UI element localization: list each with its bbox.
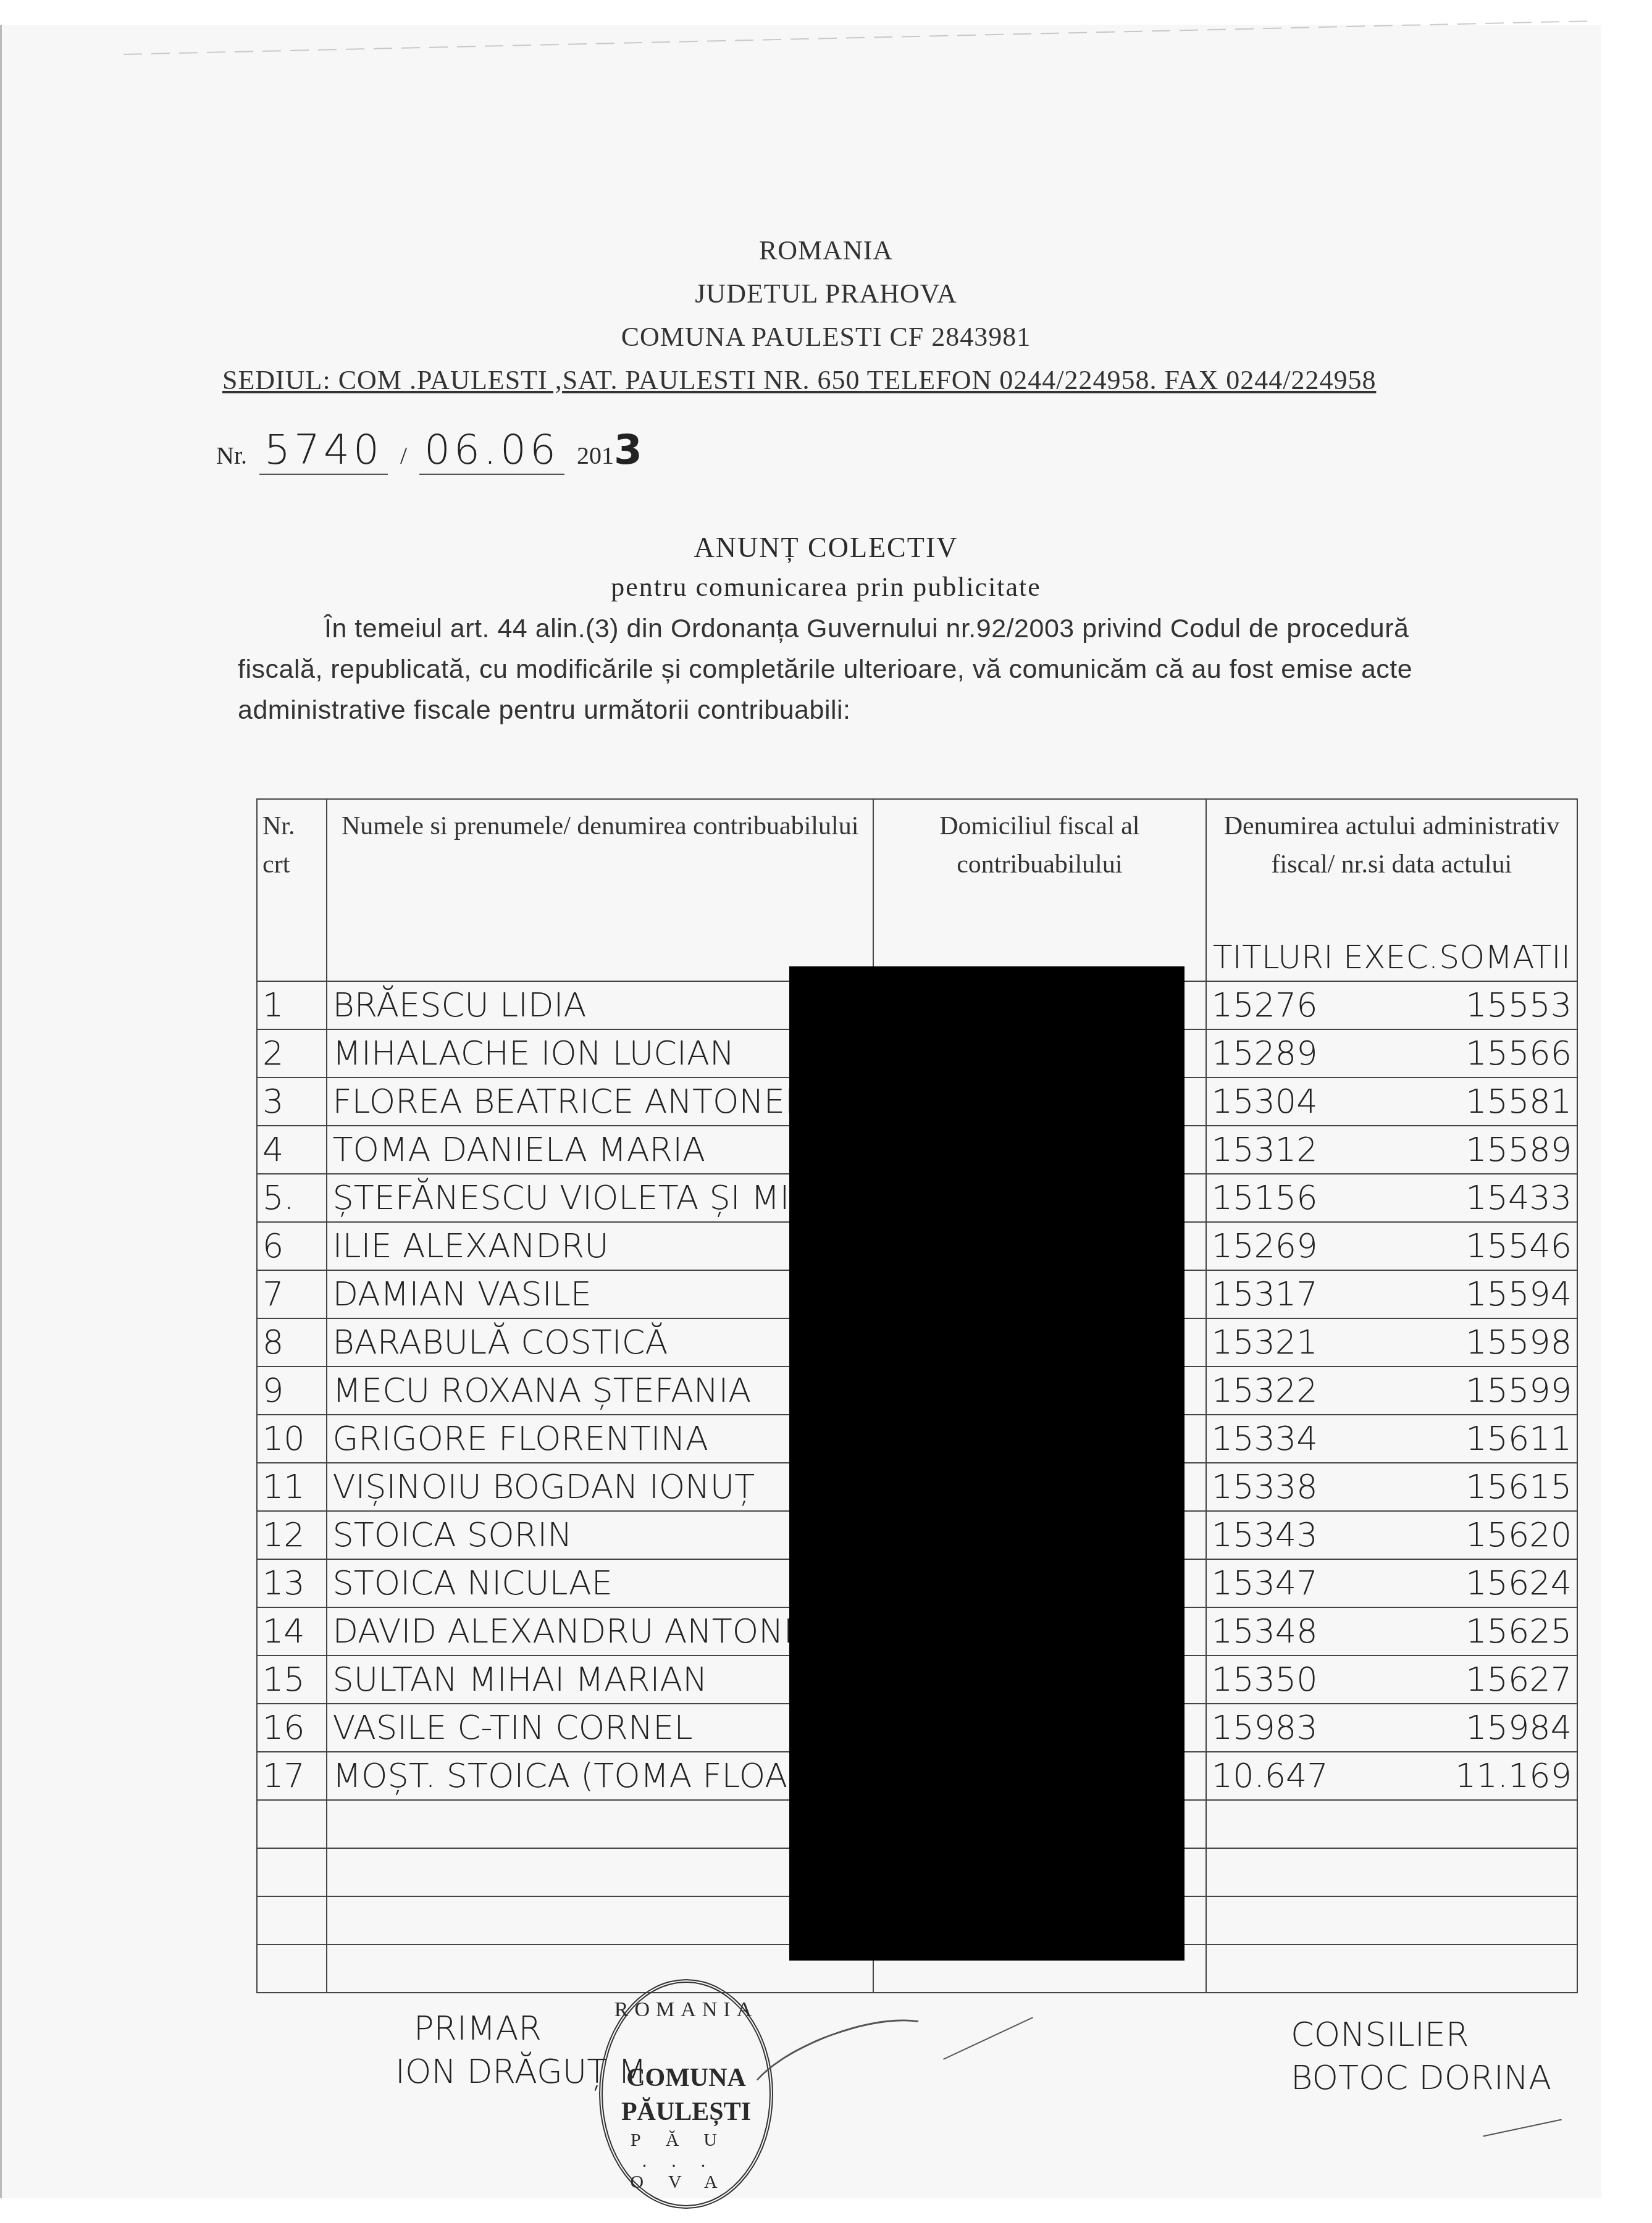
announcement-title: ANUNȚ COLECTIV bbox=[0, 531, 1652, 564]
cell-nr: 16 bbox=[257, 1704, 327, 1752]
cell-titlu: 15350 bbox=[1212, 1656, 1318, 1703]
cell-titlu: 15304 bbox=[1212, 1078, 1318, 1125]
cell-nr: 9 bbox=[257, 1367, 327, 1415]
subheader-somatii: SOMATII bbox=[1439, 939, 1570, 977]
cell-titlu: 15156 bbox=[1212, 1174, 1318, 1221]
cell-somatie: 15553 bbox=[1465, 982, 1572, 1029]
cell-nr: 13 bbox=[257, 1559, 327, 1607]
cell-somatie: 15433 bbox=[1465, 1174, 1572, 1221]
cell-nr: 10 bbox=[257, 1415, 327, 1463]
header-country: ROMANIA bbox=[0, 235, 1652, 266]
col-header-act-label: Denumirea actului administrativ fiscal/ … bbox=[1224, 812, 1560, 879]
cell-somatie: 15627 bbox=[1465, 1656, 1572, 1703]
cell-somatie: 15594 bbox=[1465, 1271, 1572, 1318]
col-header-name: Numele si prenumele/ denumirea contribua… bbox=[327, 799, 873, 981]
cell-titlu: 10.647 bbox=[1212, 1752, 1328, 1799]
announcement-body: În temeiul art. 44 alin.(3) din Ordonanț… bbox=[238, 608, 1423, 731]
registration-number: Nr. 5740 / 06.06 2013 bbox=[216, 426, 642, 474]
cell-titlu: 15343 bbox=[1212, 1512, 1318, 1559]
cell-act: 1530415581 bbox=[1206, 1078, 1577, 1126]
cell-somatie: 15581 bbox=[1465, 1078, 1572, 1125]
cell-titlu: 15334 bbox=[1212, 1415, 1318, 1462]
cell-act: 1532215599 bbox=[1206, 1367, 1577, 1415]
stamp-top-text: ROMANIA bbox=[603, 1998, 769, 2022]
cell-nr: 4 bbox=[257, 1126, 327, 1174]
header-address: SEDIUL: COM .PAULESTI ,SAT. PAULESTI NR.… bbox=[222, 364, 1457, 396]
cell-nr: 5. bbox=[257, 1174, 327, 1222]
cell-act: 1527615553 bbox=[1206, 981, 1577, 1029]
stamp-line-1: COMUNA bbox=[603, 2063, 769, 2093]
registration-value: 5740 bbox=[259, 426, 388, 475]
cell-act: 1598315984 bbox=[1206, 1704, 1577, 1752]
col-header-domicile: Domiciliul fiscal al contribuabilului bbox=[873, 799, 1206, 981]
cell-act: 1535015627 bbox=[1206, 1656, 1577, 1704]
header-county: JUDETUL PRAHOVA bbox=[0, 278, 1652, 309]
cell-nr: 3 bbox=[257, 1078, 327, 1126]
cell-titlu: 15269 bbox=[1212, 1223, 1318, 1270]
stamp-bottom-text: PĂU ... OVA bbox=[603, 2130, 769, 2193]
cell-act: 1534815625 bbox=[1206, 1607, 1577, 1656]
councillor-role: CONSILIER bbox=[1291, 2013, 1551, 2056]
cell-nr: 2 bbox=[257, 1029, 327, 1078]
cell-act: 1528915566 bbox=[1206, 1029, 1577, 1078]
cell-act: 1531215589 bbox=[1206, 1126, 1577, 1174]
cell-somatie: 15589 bbox=[1465, 1126, 1572, 1173]
announcement-body-text: În temeiul art. 44 alin.(3) din Ordonanț… bbox=[238, 614, 1412, 725]
col-header-nr: Nr. crt bbox=[257, 799, 327, 981]
cell-act: 1526915546 bbox=[1206, 1222, 1577, 1270]
cell-somatie: 15984 bbox=[1465, 1704, 1572, 1751]
registration-year-prefix: 201 bbox=[577, 442, 614, 469]
cell-titlu: 15321 bbox=[1212, 1319, 1318, 1366]
cell-somatie: 15615 bbox=[1465, 1463, 1572, 1510]
cell-titlu: 15338 bbox=[1212, 1463, 1318, 1510]
councillor-signature-block: CONSILIER BOTOC DORINA bbox=[1291, 2013, 1551, 2099]
cell-somatie: 15546 bbox=[1465, 1223, 1572, 1270]
stamp-line-2: PĂULEȘTI bbox=[603, 2097, 769, 2127]
registration-year-suffix: 3 bbox=[614, 426, 642, 474]
redaction-box bbox=[789, 966, 1184, 1961]
cell-somatie: 11.169 bbox=[1455, 1752, 1572, 1799]
cell-titlu: 15317 bbox=[1212, 1271, 1318, 1318]
cell-titlu: 15347 bbox=[1212, 1560, 1318, 1607]
cell-act: 1531715594 bbox=[1206, 1270, 1577, 1318]
registration-separator: / bbox=[400, 442, 407, 469]
subheader-titluri: TITLURI EXEC. bbox=[1213, 939, 1438, 977]
cell-act: 1533415611 bbox=[1206, 1415, 1577, 1463]
cell-somatie: 15611 bbox=[1465, 1415, 1572, 1462]
col-header-act: Denumirea actului administrativ fiscal/ … bbox=[1206, 799, 1577, 981]
cell-act: 1532115598 bbox=[1206, 1318, 1577, 1367]
table-header-row: Nr. crt Numele si prenumele/ denumirea c… bbox=[257, 799, 1577, 981]
cell-nr: 14 bbox=[257, 1607, 327, 1656]
cell-nr: 11 bbox=[257, 1463, 327, 1511]
cell-titlu: 15322 bbox=[1212, 1367, 1318, 1414]
cell-somatie: 15624 bbox=[1465, 1560, 1572, 1607]
cell-nr: 17 bbox=[257, 1752, 327, 1800]
announcement-subtitle: pentru comunicarea prin publicitate bbox=[0, 571, 1652, 603]
cell-somatie: 15625 bbox=[1465, 1608, 1572, 1655]
cell-titlu: 15348 bbox=[1212, 1608, 1318, 1655]
cell-nr: 15 bbox=[257, 1656, 327, 1704]
cell-nr: 12 bbox=[257, 1511, 327, 1559]
cell-titlu: 15276 bbox=[1212, 982, 1318, 1029]
registration-date: 06.06 bbox=[419, 426, 564, 475]
header-commune: COMUNA PAULESTI CF 2843981 bbox=[0, 321, 1652, 353]
cell-nr: 7 bbox=[257, 1270, 327, 1318]
cell-titlu: 15983 bbox=[1212, 1704, 1318, 1751]
councillor-name: BOTOC DORINA bbox=[1291, 2056, 1551, 2099]
cell-nr: 8 bbox=[257, 1318, 327, 1367]
cell-titlu: 15312 bbox=[1212, 1126, 1318, 1173]
cell-somatie: 15566 bbox=[1465, 1030, 1572, 1077]
cell-act: 1534315620 bbox=[1206, 1511, 1577, 1559]
cell-act: 10.64711.169 bbox=[1206, 1752, 1577, 1800]
cell-somatie: 15620 bbox=[1465, 1512, 1572, 1559]
cell-titlu: 15289 bbox=[1212, 1030, 1318, 1077]
cell-act: 1534715624 bbox=[1206, 1559, 1577, 1607]
cell-act: 1515615433 bbox=[1206, 1174, 1577, 1222]
cell-nr: 1 bbox=[257, 981, 327, 1029]
cell-somatie: 15598 bbox=[1465, 1319, 1572, 1366]
act-subheaders: TITLURI EXEC. SOMATII bbox=[1213, 939, 1570, 977]
cell-nr: 6 bbox=[257, 1222, 327, 1270]
cell-somatie: 15599 bbox=[1465, 1367, 1572, 1414]
cell-act: 1533815615 bbox=[1206, 1463, 1577, 1511]
registration-label: Nr. bbox=[216, 442, 247, 469]
